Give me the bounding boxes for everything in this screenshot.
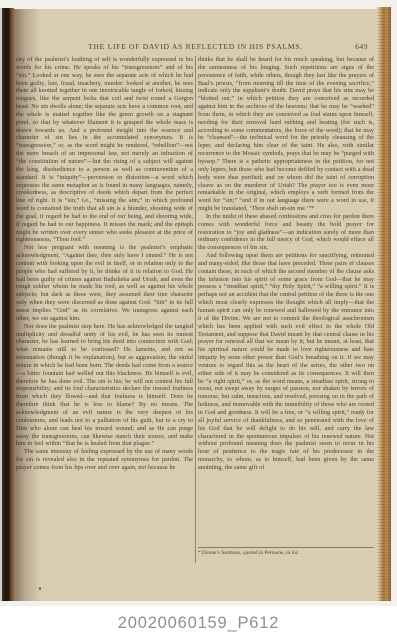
paragraph: sity of the psalmist’s loathing of self … (16, 56, 193, 244)
running-header: THE LIFE OF DAVID AS REFLECTED IN HIS PS… (14, 42, 377, 53)
scan-caption-strip: 20020060159_P612 (0, 606, 397, 640)
page-fore-edge (377, 7, 391, 601)
scanned-book-photo-frame: THE LIFE OF DAVID AS REFLECTED IN HIS PS… (0, 0, 397, 640)
book-binding-edge (0, 8, 14, 601)
paragraph: thinks that he shall be heard for his mu… (198, 56, 374, 213)
paragraph: In the midst of these abased confessions… (198, 213, 374, 252)
paragraph: The same intensity of feeling expressed … (16, 448, 193, 472)
running-header-title: THE LIFE OF DAVID AS REFLECTED IN HIS PS… (14, 42, 377, 51)
book-page: THE LIFE OF DAVID AS REFLECTED IN HIS PS… (14, 9, 377, 601)
two-column-text-block: sity of the psalmist’s loathing of self … (16, 56, 374, 565)
footnote: * Donne’s Sermons, quoted in Perowne, in… (198, 547, 374, 557)
page-number: 649 (355, 42, 368, 51)
paragraph: And following upon them are petitions fo… (198, 252, 374, 472)
text-column-right: thinks that he shall be heard for his mu… (198, 56, 374, 565)
ink-speck (39, 587, 41, 590)
book-scan-photo: THE LIFE OF DAVID AS REFLECTED IN HIS PS… (0, 0, 397, 606)
text-column-left: sity of the psalmist’s loathing of self … (16, 56, 193, 565)
paragraph: Not less pregnant with meaning is the ps… (16, 244, 193, 322)
text-column-right-body: thinks that he shall be heard for his mu… (198, 56, 374, 545)
column-divider-rule (195, 56, 196, 563)
paragraph: Nor does the psalmist stop here. He has … (16, 323, 193, 449)
scan-id-label: 20020060159_P612 (118, 614, 279, 633)
